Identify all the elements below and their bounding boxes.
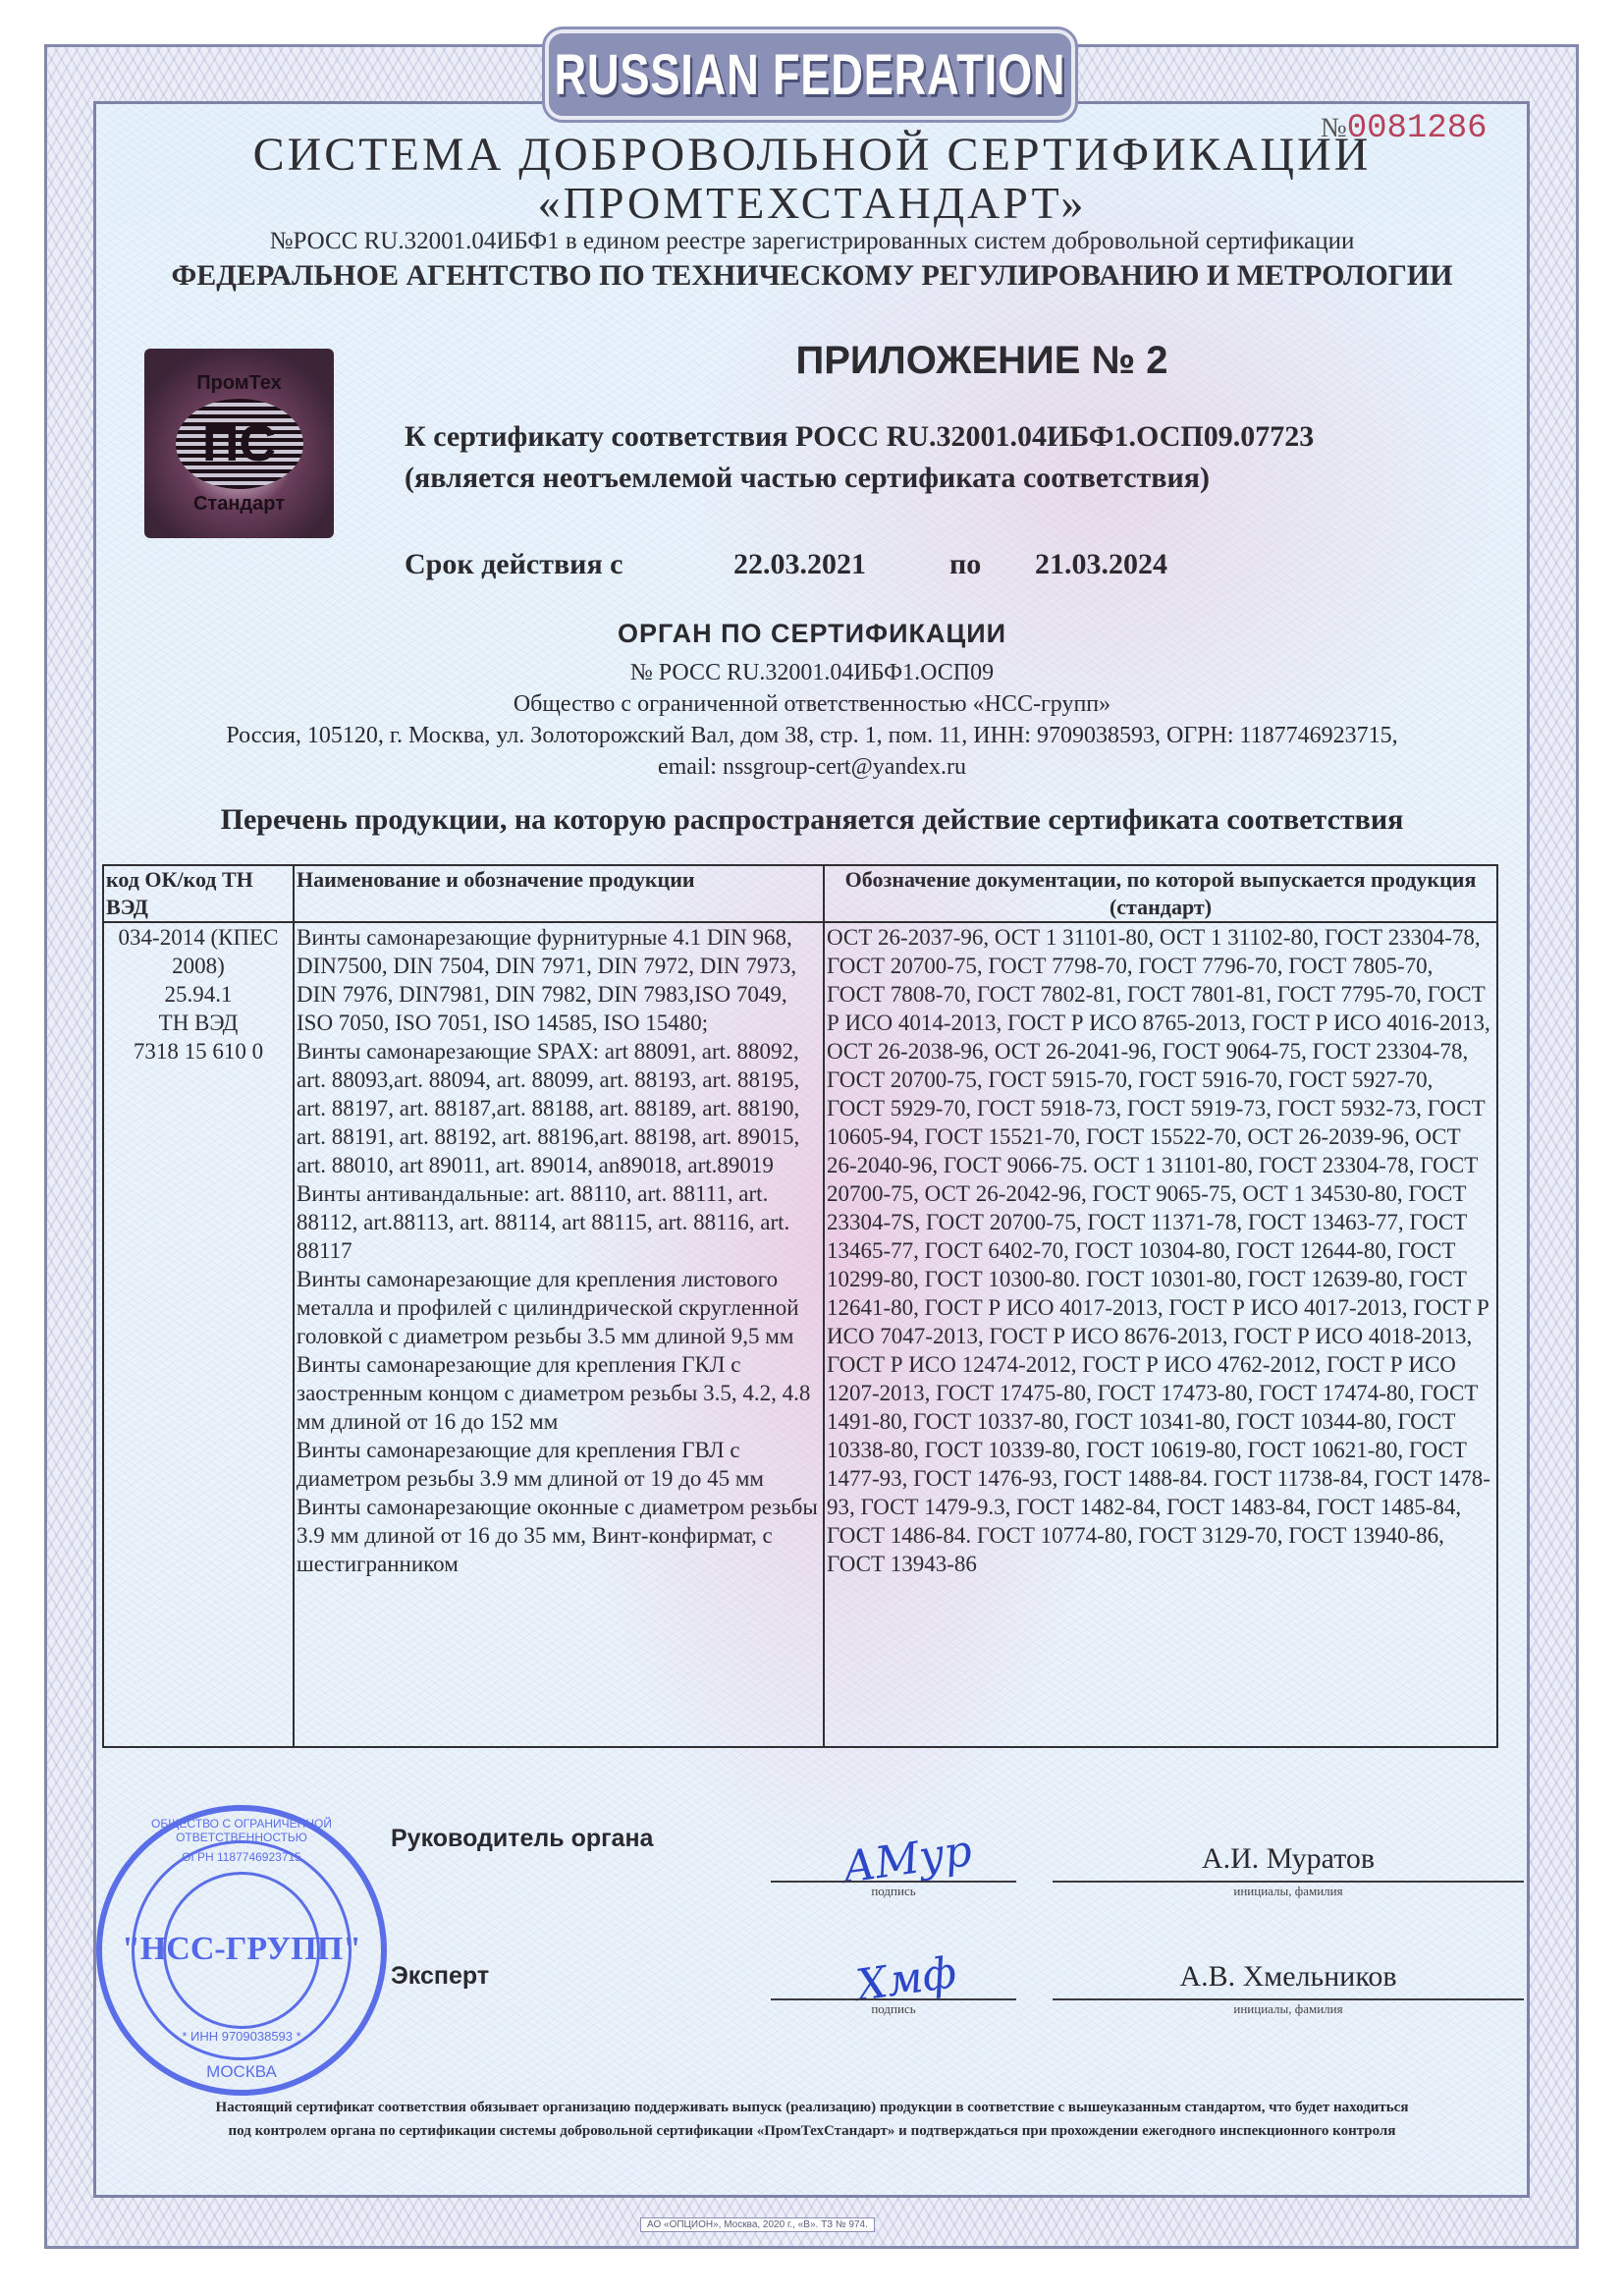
head-name-line [1053,1881,1524,1883]
product-item: Винты антивандальные: art. 88110, art. 8… [297,1179,821,1265]
standards-list: ОСТ 26-2037-96, ОСТ 1 31101-80, ОСТ 1 31… [827,923,1494,1578]
expert-signature-line [771,1998,1016,2000]
logo-mark-text: ПС [202,414,276,473]
to-label: по [949,548,981,581]
certification-body-heading: ОРГАН ПО СЕРТИФИКАЦИИ [0,619,1624,649]
banner-text: RUSSIAN FEDERATION [555,42,1066,108]
logo-mark-icon: ПС [176,399,303,489]
expert-name: А.В. Хмельников [1053,1960,1524,1994]
stamp-center-name: "НСС-ГРУПП" [102,1931,381,1968]
validity-label: Срок действия с [405,548,623,580]
product-names-cell: Винты самонарезающие фурнитурные 4.1 DIN… [294,922,824,1747]
table-header-row: код ОК/код ТН ВЭД Наименование и обознач… [103,865,1497,922]
head-name-caption: инициалы, фамилия [1053,1884,1524,1899]
product-item: Винты самонарезающие фурнитурные 4.1 DIN… [297,923,821,1037]
expert-role-label: Эксперт [391,1962,489,1991]
product-item: Винты самонарезающие SPAX: art 88091, ar… [297,1037,821,1179]
product-item: Винты самонарезающие для крепления листо… [297,1265,821,1350]
head-name: А.И. Муратов [1053,1842,1524,1876]
integral-part-note: (является неотъемлемой частью сертификат… [405,462,1210,495]
logo-bottom-text: Стандарт [193,493,285,516]
code-tnved-value: 7318 15 610 0 [106,1037,291,1066]
table-row: 034-2014 (КПЕС 2008) 25.94.1 ТН ВЭД 7318… [103,922,1497,1747]
expert-signature-caption: подпись [771,2001,1016,2017]
code-okpd-value: 25.94.1 [106,980,291,1009]
system-name: «ПРОМТЕХСТАНДАРТ» [0,177,1624,229]
products-table: код ОК/код ТН ВЭД Наименование и обознач… [102,864,1498,1748]
code-tnved-label: ТН ВЭД [106,1009,291,1037]
federal-agency: ФЕДЕРАЛЬНОЕ АГЕНТСТВО ПО ТЕХНИЧЕСКОМУ РЕ… [0,259,1624,293]
expert-name-caption: инициалы, фамилия [1053,2001,1524,2017]
registry-line: №РОСС RU.32001.04ИБФ1 в едином реестре з… [0,228,1624,255]
product-list-title: Перечень продукции, на которую распростр… [0,803,1624,837]
valid-from-date: 22.03.2021 [733,548,866,581]
expert-name-line [1053,1998,1524,2000]
certification-body-email: email: nssgroup-cert@yandex.ru [0,754,1624,781]
stamp-ogrn: ОГРН 1187746923715 [102,1850,381,1864]
codes-cell: 034-2014 (КПЕС 2008) 25.94.1 ТН ВЭД 7318… [103,922,294,1747]
column-header-product-name: Наименование и обозначение продукции [294,865,824,922]
valid-to-date: 21.03.2024 [1035,548,1167,581]
standards-cell: ОСТ 26-2037-96, ОСТ 1 31101-80, ОСТ 1 31… [824,922,1497,1747]
russian-federation-banner: RUSSIAN FEDERATION [545,29,1075,120]
stamp-outer-text: ОБЩЕСТВО С ОГРАНИЧЕННОЙ ОТВЕТСТВЕННОСТЬЮ [102,1817,381,1844]
printer-imprint: АО «ОПЦИОН», Москва, 2020 г., «В». ТЗ № … [640,2217,875,2232]
head-signature-caption: подпись [771,1884,1016,1899]
column-header-codes: код ОК/код ТН ВЭД [103,865,294,922]
stamp-inn: * ИНН 9709038593 * [102,2029,381,2044]
certification-body-number: № РОСС RU.32001.04ИБФ1.ОСП09 [0,660,1624,686]
footer-note-line2: под контролем органа по сертификации сис… [0,2123,1624,2140]
promtekhstandart-logo: ПромТех ПС Стандарт [144,349,334,538]
product-item: Винты самонарезающие для крепления ГВЛ с… [297,1436,821,1493]
system-title: СИСТЕМА ДОБРОВОЛЬНОЙ СЕРТИФИКАЦИИ [0,128,1624,182]
certification-body-name: Общество с ограниченной ответственностью… [0,691,1624,718]
head-signature-line [771,1881,1016,1883]
certification-body-address: Россия, 105120, г. Москва, ул. Золоторож… [0,723,1624,749]
head-role-label: Руководитель органа [391,1825,653,1853]
column-header-standards: Обозначение документации, по которой вып… [824,865,1497,922]
stamp-city: МОСКВА [102,2062,381,2082]
logo-top-text: ПромТех [196,372,282,395]
code-okpd: 034-2014 (КПЕС 2008) [106,923,291,980]
validity-period: Срок действия с 22.03.2021 по 21.03.2024 [405,548,623,581]
product-item: Винты самонарезающие оконные с диаметром… [297,1493,821,1578]
appendix-title: ПРИЛОЖЕНИЕ № 2 [687,339,1276,383]
footer-note-line1: Настоящий сертификат соответствия обязыв… [0,2100,1624,2116]
organization-stamp: ОБЩЕСТВО С ОГРАНИЧЕННОЙ ОТВЕТСТВЕННОСТЬЮ… [96,1805,387,2096]
certificate-reference: К сертификату соответствия РОСС RU.32001… [405,420,1314,454]
product-item: Винты самонарезающие для крепления ГКЛ с… [297,1350,821,1436]
